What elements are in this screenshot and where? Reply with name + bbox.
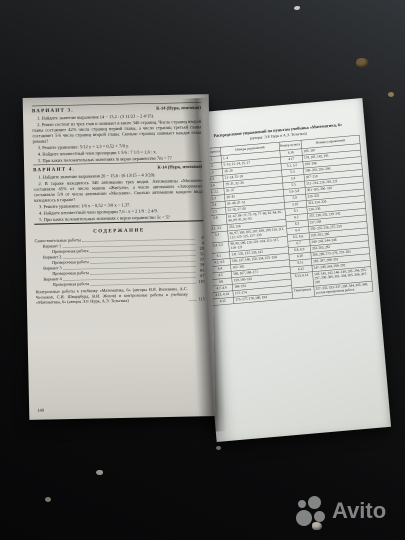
crumb bbox=[96, 470, 103, 475]
problem-text: 2. Роман состоит из трех глав и занимает… bbox=[32, 119, 201, 145]
contents-entry-page: 110 bbox=[197, 279, 204, 285]
table-right-rows: 4.16 183–187 4.17 178, 181, 182, 191 5.1… bbox=[280, 143, 373, 298]
table-right-group: Номер пункта Номера упражнений 4.16 183–… bbox=[279, 135, 373, 298]
variant-3-problems: 1. Найдите значение выражения 14 − 13,2 … bbox=[32, 112, 202, 164]
variant-3-title: ВАРИАНТ 3. bbox=[32, 107, 74, 113]
cell-punkt: 6.13, 6.14 bbox=[291, 272, 314, 288]
avito-logo-icon bbox=[296, 496, 328, 526]
variant-4-title: ВАРИАНТ 4. bbox=[33, 166, 75, 172]
variant-3-badge: К-14 (Нурк, итоговая) bbox=[156, 105, 201, 111]
right-page-content: Распределение упражнений по пунктам учеб… bbox=[188, 98, 391, 442]
cell-punkt: Повторение bbox=[292, 286, 315, 298]
contents-final-entry: Контрольные работы к учебнику «Математик… bbox=[36, 286, 205, 305]
book-page-right: Распределение упражнений по пунктам учеб… bbox=[188, 98, 391, 442]
page-number: 140 bbox=[37, 408, 44, 413]
left-page-content: ВАРИАНТ 3. К-14 (Нурк, итоговая) 1. Найд… bbox=[23, 94, 216, 420]
contents-list: Самостоятельные работы 4 Вариант 1 4 Про… bbox=[35, 235, 205, 288]
crumb bbox=[45, 497, 51, 502]
crumb bbox=[388, 92, 394, 97]
avito-wordmark: Avito bbox=[332, 498, 386, 524]
variant-4-problems: 1. Найдите значение выражения 20 − 15,6 … bbox=[33, 171, 203, 223]
contents-entry-label: Проверочная работа bbox=[53, 281, 90, 287]
table-left-rows: 1.1 1–4 1.2 5–10, 11–14, 15–17 1.3 18–20… bbox=[199, 150, 292, 305]
crumb bbox=[294, 6, 300, 10]
exercise-distribution-table: Номер пункта Номера упражнений 1.1 1–4 1… bbox=[198, 135, 373, 306]
contents-title: СОДЕРЖАНИЕ bbox=[34, 226, 203, 235]
variant-4-badge: К-14 (Нурк, итоговая) bbox=[157, 164, 202, 170]
photo-of-open-book: Распределение упражнений по пунктам учеб… bbox=[0, 0, 405, 540]
crumb bbox=[216, 446, 221, 450]
crumb bbox=[356, 58, 369, 68]
book-page-left: ВАРИАНТ 3. К-14 (Нурк, итоговая) 1. Найд… bbox=[23, 94, 216, 420]
dotted-leader bbox=[91, 283, 196, 286]
cell-punkt: 4.15 bbox=[212, 297, 234, 305]
contents-entry-page: 115 bbox=[198, 296, 205, 301]
problem-text: 2. В гараже находилось 340 автомашин тре… bbox=[33, 178, 202, 204]
dotted-leader bbox=[189, 300, 196, 301]
table-left-group: Номер пункта Номера упражнений 1.1 1–4 1… bbox=[199, 142, 293, 305]
contents-entry-label: Контрольные работы к учебнику «Математик… bbox=[36, 286, 188, 305]
avito-watermark: Avito bbox=[296, 496, 386, 526]
